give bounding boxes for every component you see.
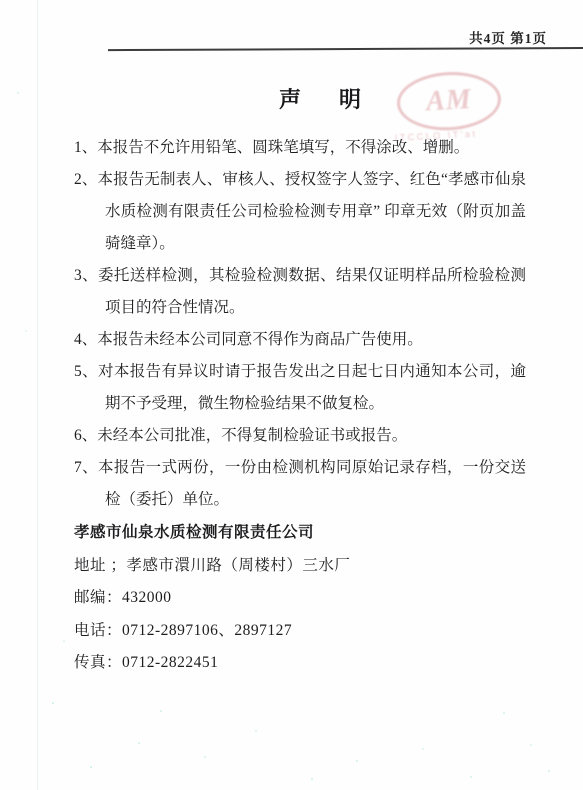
item-number: 7、 [74,459,98,476]
item-number: 5、 [74,363,98,380]
item-text: 本报告一式两份，一份由检测机构同原始记录存档，一份交送检（委托）单位。 [98,459,526,508]
statement-item-4: 4、本报告未经本公司同意不得作为商品广告使用。 [74,324,526,356]
item-number: 2、 [74,171,97,188]
item-number: 6、 [74,427,97,444]
item-text: 委托送样检测，其检验检测数据、结果仅证明样品所检验检测项目的符合性情况。 [98,267,526,316]
statement-item-3: 3、委托送样检测，其检验检测数据、结果仅证明样品所检验检测项目的符合性情况。 [74,260,526,324]
item-text: 未经本公司批准，不得复制检验证书或报告。 [97,427,407,444]
company-address: 地址 ；孝感市澴川路（周楼村）三水厂 [74,550,534,583]
statement-item-6: 6、未经本公司批准，不得复制检验证书或报告。 [74,420,526,452]
statement-item-2: 2、本报告无制表人、审核人、授权签字人签字、红色“孝感市仙泉水质检测有限责任公司… [74,164,526,260]
item-text: 本报告不允许用铅笔、圆珠笔填写，不得涂改、增删。 [97,139,469,156]
item-text: 本报告未经本公司同意不得作为商品广告使用。 [97,331,423,348]
page-number-indicator: 共4页 第1页 [469,27,547,47]
item-number: 3、 [74,267,98,284]
item-text: 本报告无制表人、审核人、授权签字人签字、红色“孝感市仙泉水质检测有限责任公司检验… [97,171,526,252]
scan-artifact-line [37,0,38,790]
item-number: 4、 [74,331,97,348]
document-page: 共4页 第1页 AM ITCCLO IT'at 声 明 1、本报告不允许用铅笔、… [0,0,583,790]
statement-item-7: 7、本报告一式两份，一份由检测机构同原始记录存档，一份交送检（委托）单位。 [74,452,526,516]
statement-item-1: 1、本报告不允许用铅笔、圆珠笔填写，不得涂改、增删。 [74,132,526,164]
statement-item-5: 5、对本报告有异议时请于报告发出之日起七日内通知本公司，逾期不予受理，微生物检验… [74,356,526,420]
stamp-letters: AM [425,84,472,118]
company-name: 孝感市仙泉水质检测有限责任公司 [74,517,534,550]
page-title: 声 明 [279,83,369,114]
company-contact-block: 孝感市仙泉水质检测有限责任公司 地址 ；孝感市澴川路（周楼村）三水厂 邮编：43… [74,517,534,680]
company-phone: 电话：0712-2897106、2897127 [74,615,534,648]
company-fax: 传真：0712-2822451 [74,647,534,680]
header-divider-line [108,47,583,51]
statement-list: 1、本报告不允许用铅笔、圆珠笔填写，不得涂改、增删。 2、本报告无制表人、审核人… [74,132,526,516]
company-zip: 邮编：432000 [74,582,534,615]
stamp-oval-outline: AM [396,70,503,133]
item-text: 对本报告有异议时请于报告发出之日起七日内通知本公司，逾期不予受理，微生物检验结果… [98,363,526,412]
scan-noise-speckles [0,0,2,2]
item-number: 1、 [74,139,97,156]
